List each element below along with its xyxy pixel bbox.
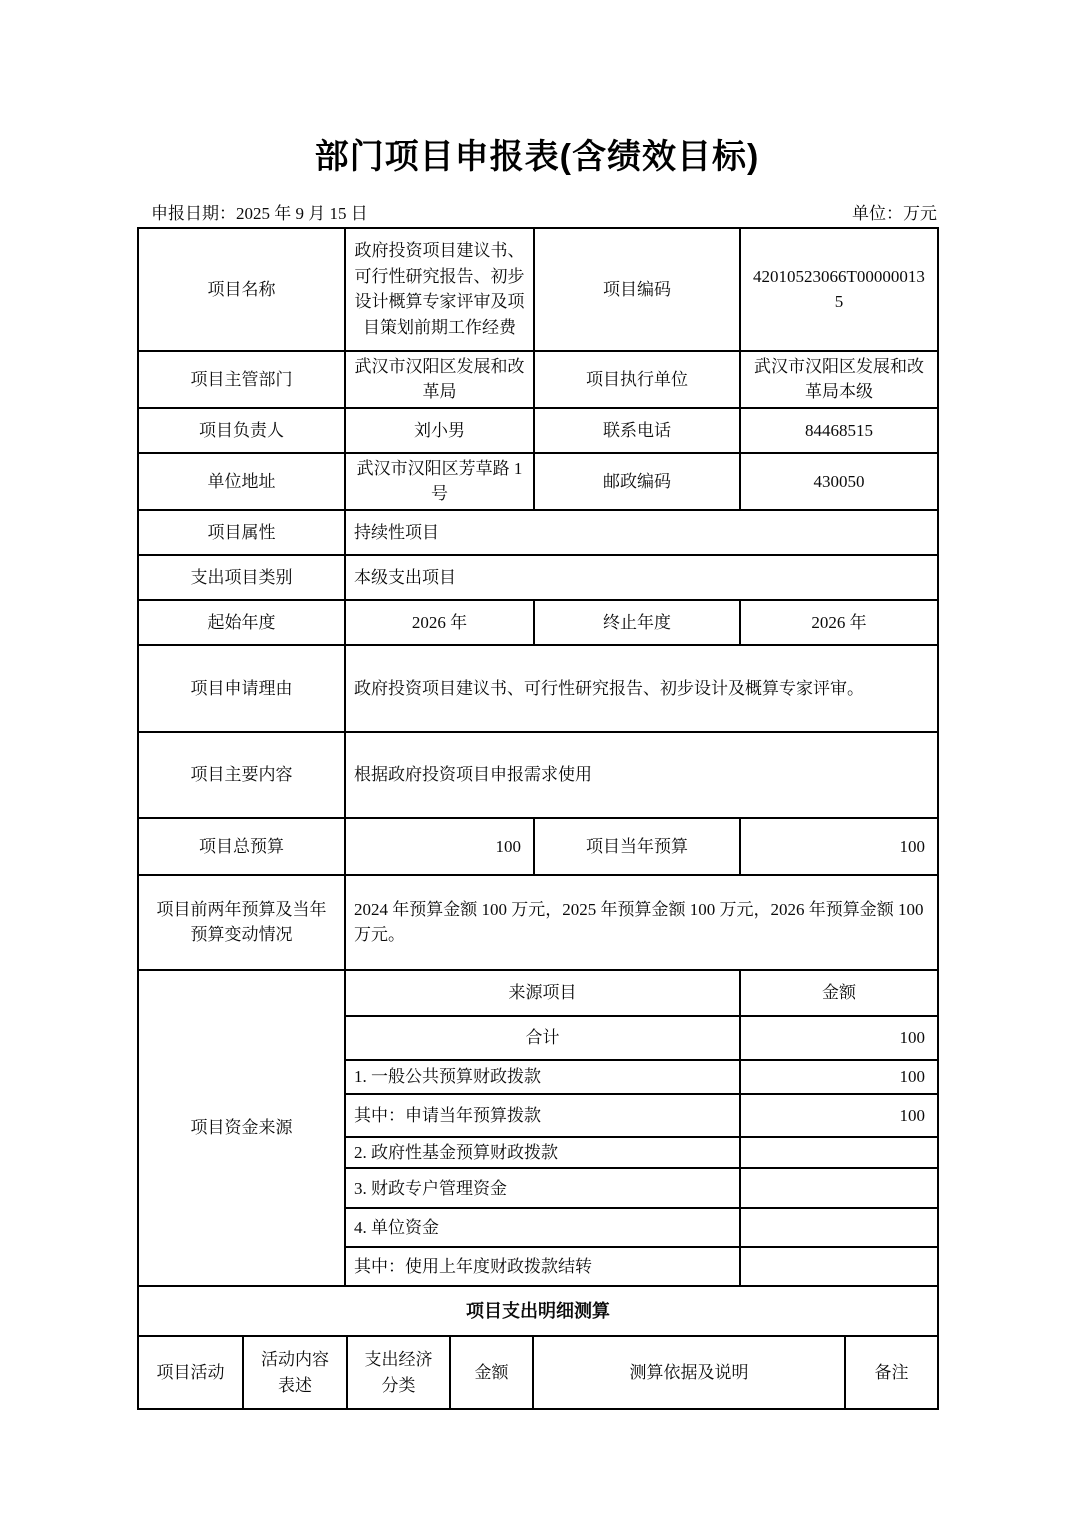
table-row: 项目负责人 刘小男 联系电话 84468515 <box>138 408 938 453</box>
total-budget-label: 项目总预算 <box>138 818 345 875</box>
funding-row-amount: 100 <box>740 1016 938 1060</box>
phone-label: 联系电话 <box>534 408 740 453</box>
table-row: 项目名称 政府投资项目建议书、可行性研究报告、初步设计概算专家评审及项目策划前期… <box>138 228 938 351</box>
attribute-value: 持续性项目 <box>345 510 938 555</box>
unit-label: 单位：万元 <box>852 199 937 224</box>
funding-row-amount <box>740 1247 938 1286</box>
table-row: 单位地址 武汉市汉阳区芳草路 1 号 邮政编码 430050 <box>138 453 938 510</box>
table-row: 项目总预算 100 项目当年预算 100 <box>138 818 938 875</box>
detail-header-basis: 测算依据及说明 <box>533 1336 845 1409</box>
detail-header-remark: 备注 <box>845 1336 938 1409</box>
exec-unit-label: 项目执行单位 <box>534 351 740 408</box>
funding-section-label: 项目资金来源 <box>138 970 345 1287</box>
end-year-value: 2026 年 <box>740 600 938 645</box>
document-page: 部门项目申报表(含绩效目标) 申报日期：2025 年 9 月 15 日 单位：万… <box>0 0 1074 1520</box>
report-date: 申报日期：2025 年 9 月 15 日 <box>151 199 368 224</box>
funding-row-amount <box>740 1168 938 1208</box>
leader-value: 刘小男 <box>345 408 534 453</box>
table-row: 支出项目类别 本级支出项目 <box>138 555 938 600</box>
project-info-table: 项目名称 政府投资项目建议书、可行性研究报告、初步设计概算专家评审及项目策划前期… <box>137 227 939 1288</box>
table-row: 项目主要内容 根据政府投资项目申报需求使用 <box>138 732 938 818</box>
attribute-label: 项目属性 <box>138 510 345 555</box>
main-content-label: 项目主要内容 <box>138 732 345 818</box>
funding-row-amount: 100 <box>740 1060 938 1094</box>
address-label: 单位地址 <box>138 453 345 510</box>
reason-value: 政府投资项目建议书、可行性研究报告、初步设计及概算专家评审。 <box>345 645 938 732</box>
project-name-value: 政府投资项目建议书、可行性研究报告、初步设计概算专家评审及项目策划前期工作经费 <box>345 228 534 351</box>
table-row: 项目主管部门 武汉市汉阳区发展和改革局 项目执行单位 武汉市汉阳区发展和改革局本… <box>138 351 938 408</box>
total-budget-value: 100 <box>345 818 534 875</box>
detail-header-row: 项目活动 活动内容表述 支出经济分类 金额 测算依据及说明 备注 <box>138 1336 938 1409</box>
page-title: 部门项目申报表(含绩效目标) <box>137 137 937 178</box>
project-code-value: 42010523066T000000135 <box>740 228 938 351</box>
current-budget-value: 100 <box>740 818 938 875</box>
phone-value: 84468515 <box>740 408 938 453</box>
table-row: 项目属性 持续性项目 <box>138 510 938 555</box>
expense-detail-table: 项目支出明细测算 项目活动 活动内容表述 支出经济分类 金额 测算依据及说明 备… <box>137 1285 939 1410</box>
funding-row-name: 其中：申请当年预算拨款 <box>345 1094 740 1137</box>
postcode-label: 邮政编码 <box>534 453 740 510</box>
project-code-label: 项目编码 <box>534 228 740 351</box>
detail-header-economic-class: 支出经济分类 <box>347 1336 450 1409</box>
document-content: 部门项目申报表(含绩效目标) 申报日期：2025 年 9 月 15 日 单位：万… <box>137 0 937 1410</box>
table-row: 项目申请理由 政府投资项目建议书、可行性研究报告、初步设计及概算专家评审。 <box>138 645 938 732</box>
dept-label: 项目主管部门 <box>138 351 345 408</box>
detail-section-title: 项目支出明细测算 <box>138 1286 938 1336</box>
start-year-label: 起始年度 <box>138 600 345 645</box>
start-year-value: 2026 年 <box>345 600 534 645</box>
funding-row-name: 其中：使用上年度财政拨款结转 <box>345 1247 740 1286</box>
end-year-label: 终止年度 <box>534 600 740 645</box>
table-row: 起始年度 2026 年 终止年度 2026 年 <box>138 600 938 645</box>
funding-row-name: 合计 <box>345 1016 740 1060</box>
project-name-label: 项目名称 <box>138 228 345 351</box>
dept-value: 武汉市汉阳区发展和改革局 <box>345 351 534 408</box>
expense-type-value: 本级支出项目 <box>345 555 938 600</box>
funding-row-name: 4. 单位资金 <box>345 1208 740 1247</box>
table-row: 项目前两年预算及当年预算变动情况 2024 年预算金额 100 万元，2025 … <box>138 875 938 970</box>
postcode-value: 430050 <box>740 453 938 510</box>
reason-label: 项目申请理由 <box>138 645 345 732</box>
history-value: 2024 年预算金额 100 万元，2025 年预算金额 100 万元，2026… <box>345 875 938 970</box>
leader-label: 项目负责人 <box>138 408 345 453</box>
exec-unit-value: 武汉市汉阳区发展和改革局本级 <box>740 351 938 408</box>
funding-row-name: 2. 政府性基金预算财政拨款 <box>345 1137 740 1169</box>
funding-row-name: 3. 财政专户管理资金 <box>345 1168 740 1208</box>
main-content-value: 根据政府投资项目申报需求使用 <box>345 732 938 818</box>
funding-row-amount <box>740 1137 938 1169</box>
detail-header-activity: 项目活动 <box>138 1336 243 1409</box>
address-value: 武汉市汉阳区芳草路 1 号 <box>345 453 534 510</box>
funding-row-amount: 100 <box>740 1094 938 1137</box>
detail-header-amount: 金额 <box>450 1336 533 1409</box>
funding-amount-header: 金额 <box>740 970 938 1016</box>
expense-type-label: 支出项目类别 <box>138 555 345 600</box>
funding-header-row: 项目资金来源 来源项目 金额 <box>138 970 938 1016</box>
detail-section-title-row: 项目支出明细测算 <box>138 1286 938 1336</box>
funding-row-name: 1. 一般公共预算财政拨款 <box>345 1060 740 1094</box>
meta-row: 申报日期：2025 年 9 月 15 日 单位：万元 <box>137 199 937 224</box>
current-budget-label: 项目当年预算 <box>534 818 740 875</box>
funding-source-header: 来源项目 <box>345 970 740 1016</box>
detail-header-activity-desc: 活动内容表述 <box>243 1336 347 1409</box>
funding-row-amount <box>740 1208 938 1247</box>
history-label: 项目前两年预算及当年预算变动情况 <box>138 875 345 970</box>
